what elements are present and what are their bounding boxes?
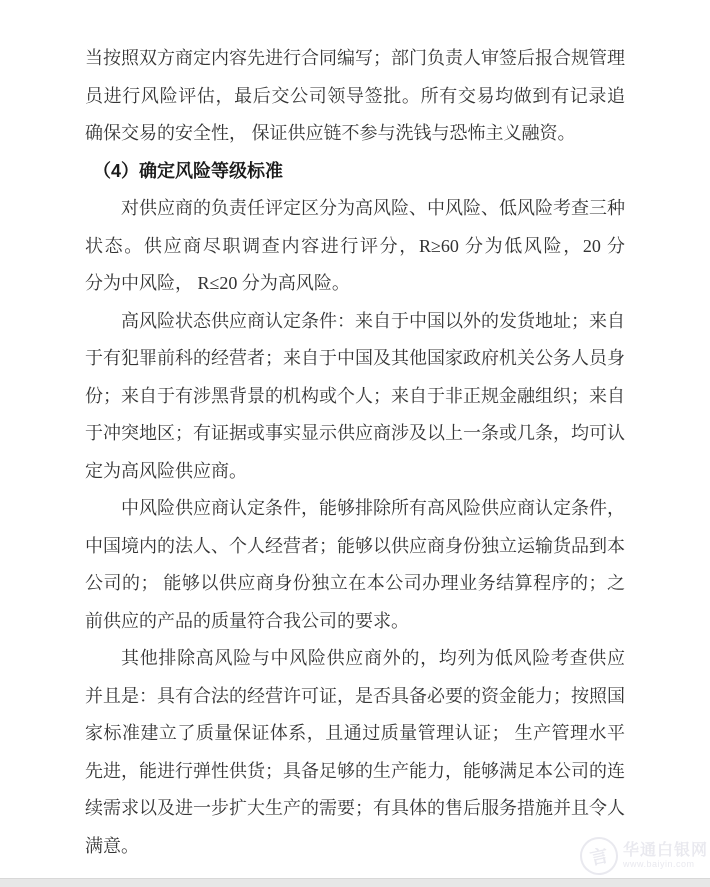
text-line: 当按照双方商定内容先进行合同编写；部门负责人审签后报合规管理 [85, 40, 625, 78]
watermark-logo-glyph: 言 [587, 841, 610, 870]
text-line: 其他排除高风险与中风险供应商外的，均列为低风险考查供应商。 [85, 640, 625, 678]
text-line: 对供应商的负责任评定区分为高风险、中风险、低风险考查三种 [85, 190, 625, 228]
text-line: 高风险状态供应商认定条件：来自于中国以外的发货地址；来自 [85, 303, 625, 341]
text-line: 状态。供应商尽职调查内容进行评分，R≥60 分为低风险，20 分<R<60 [85, 228, 625, 266]
text-line: 员进行风险评估，最后交公司领导签批。所有交易均做到有记录追溯， [85, 78, 625, 116]
watermark-text: 华通白银网 www.baiyin.com [623, 842, 708, 869]
bottom-bar [0, 878, 710, 887]
text-line: 定为高风险供应商。 [85, 453, 625, 491]
text-line: 中风险供应商认定条件，能够排除所有高风险供应商认定条件， [85, 490, 625, 528]
text-line: 公司的； 能够以供应商身份独立在本公司办理业务结算程序的；之 [85, 565, 625, 603]
text-line: 于冲突地区；有证据或事实显示供应商涉及以上一条或几条，均可认 [85, 415, 625, 453]
text-line: 满意。 [85, 828, 625, 866]
text-line: 先进，能进行弹性供货；具备足够的生产能力，能够满足本公司的连 [85, 753, 625, 791]
text-line: 中国境内的法人、个人经营者；能够以供应商身份独立运输货品到本 [85, 528, 625, 566]
section-heading: （4）确定风险等级标准 [85, 153, 625, 191]
text-line: 于有犯罪前科的经营者；来自于中国及其他国家政府机关公务人员身 [85, 340, 625, 378]
document-page: 当按照双方商定内容先进行合同编写；部门负责人审签后报合规管理员进行风险评估，最后… [0, 0, 710, 887]
text-line: 家标准建立了质量保证体系，且通过质量管理认证； 生产管理水平 [85, 715, 625, 753]
text-line: 确保交易的安全性， 保证供应链不参与洗钱与恐怖主义融资。 [85, 115, 625, 153]
text-line: 续需求以及进一步扩大生产的需要；有具体的售后服务措施并且令人 [85, 790, 625, 828]
text-line: 前供应的产品的质量符合我公司的要求。 [85, 603, 625, 641]
text-line: 并且是：具有合法的经营许可证，是否具备必要的资金能力；按照国 [85, 678, 625, 716]
document-content: 当按照双方商定内容先进行合同编写；部门负责人审签后报合规管理员进行风险评估，最后… [85, 40, 625, 865]
watermark-site-url: www.baiyin.com [623, 860, 708, 870]
watermark-site-name: 华通白银网 [623, 842, 708, 860]
text-line: 分为中风险， R≤20 分为高风险。 [85, 265, 625, 303]
watermark-logo-icon: 言 [576, 833, 621, 878]
watermark: 言 华通白银网 www.baiyin.com [580, 837, 708, 875]
text-line: 份；来自于有涉黑背景的机构或个人；来自于非正规金融组织；来自 [85, 378, 625, 416]
